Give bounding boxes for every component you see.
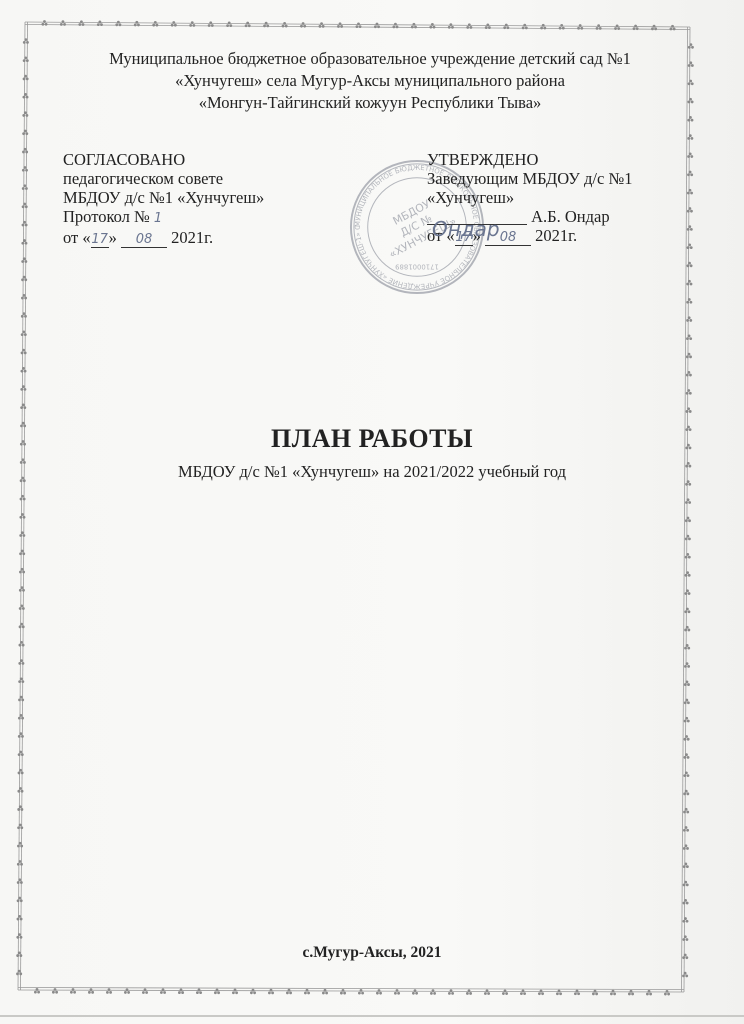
place-and-year: с.Мугур-Аксы, 2021 — [0, 944, 744, 962]
page-edge — [0, 1015, 744, 1017]
protocol-number: 1 — [154, 211, 162, 226]
header-line: «Монгун-Тайгинский кожуун Республики Тыв… — [60, 92, 680, 114]
institution-header: Муниципальное бюджетное образовательное … — [60, 48, 680, 114]
agreed-heading: СОГЛАСОВАНО — [63, 150, 264, 169]
signatory-name: А.Б. Ондар — [531, 207, 609, 226]
agreed-line: педагогическом совете — [63, 169, 264, 188]
header-line: Муниципальное бюджетное образовательное … — [60, 48, 680, 70]
agreed-day: 17 — [91, 232, 109, 248]
approved-line: Заведующим МБДОУ д/с №1 — [427, 169, 632, 188]
approved-line: «Хунчугеш» — [427, 188, 632, 207]
agreed-month: 08 — [121, 232, 167, 248]
agreed-block: СОГЛАСОВАНО педагогическом совете МБДОУ … — [63, 150, 264, 248]
header-line: «Хунчугеш» села Мугур-Аксы муниципальног… — [60, 70, 680, 92]
agreed-date: от «17» 08 2021г. — [63, 228, 264, 248]
svg-text:1710001889: 1710001889 — [395, 262, 439, 270]
agreed-line: МБДОУ д/с №1 «Хунчугеш» — [63, 188, 264, 207]
document-title: ПЛАН РАБОТЫ — [0, 424, 744, 454]
handwritten-signature: Ондар — [432, 217, 500, 241]
approved-heading: УТВЕРЖДЕНО — [427, 150, 632, 169]
protocol-line: Протокол № 1 — [63, 207, 264, 228]
document-subtitle: МБДОУ д/с №1 «Хунчугеш» на 2021/2022 уче… — [0, 462, 744, 482]
